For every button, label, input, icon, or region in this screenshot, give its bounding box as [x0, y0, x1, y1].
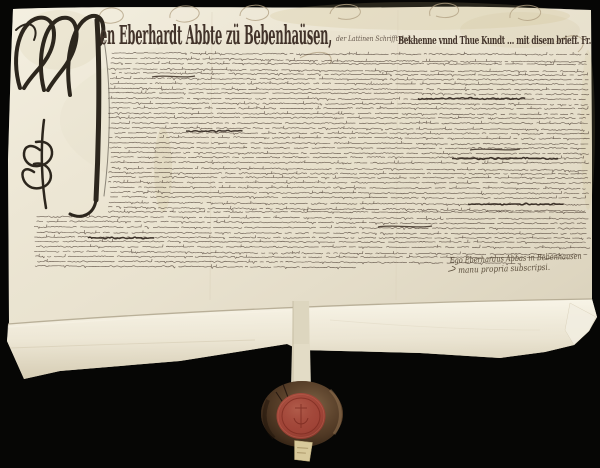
- heading-continuation-text: Bekhenne vnnd Thue Kundt … mit disem bri…: [398, 33, 591, 47]
- heading-main-text: en Eberhardt Abbte zü Bebenhaüsen,: [100, 21, 332, 51]
- seal-tag-label: [293, 441, 312, 462]
- wax-seal: [261, 381, 343, 447]
- photo-black-background: en Eberhardt Abbte zü Bebenhaüsen, der L…: [0, 0, 600, 468]
- seal-tag-slit-patch: [293, 301, 309, 344]
- charter-photo: en Eberhardt Abbte zü Bebenhaüsen, der L…: [0, 0, 600, 468]
- seal-tag-bottom: [293, 441, 312, 462]
